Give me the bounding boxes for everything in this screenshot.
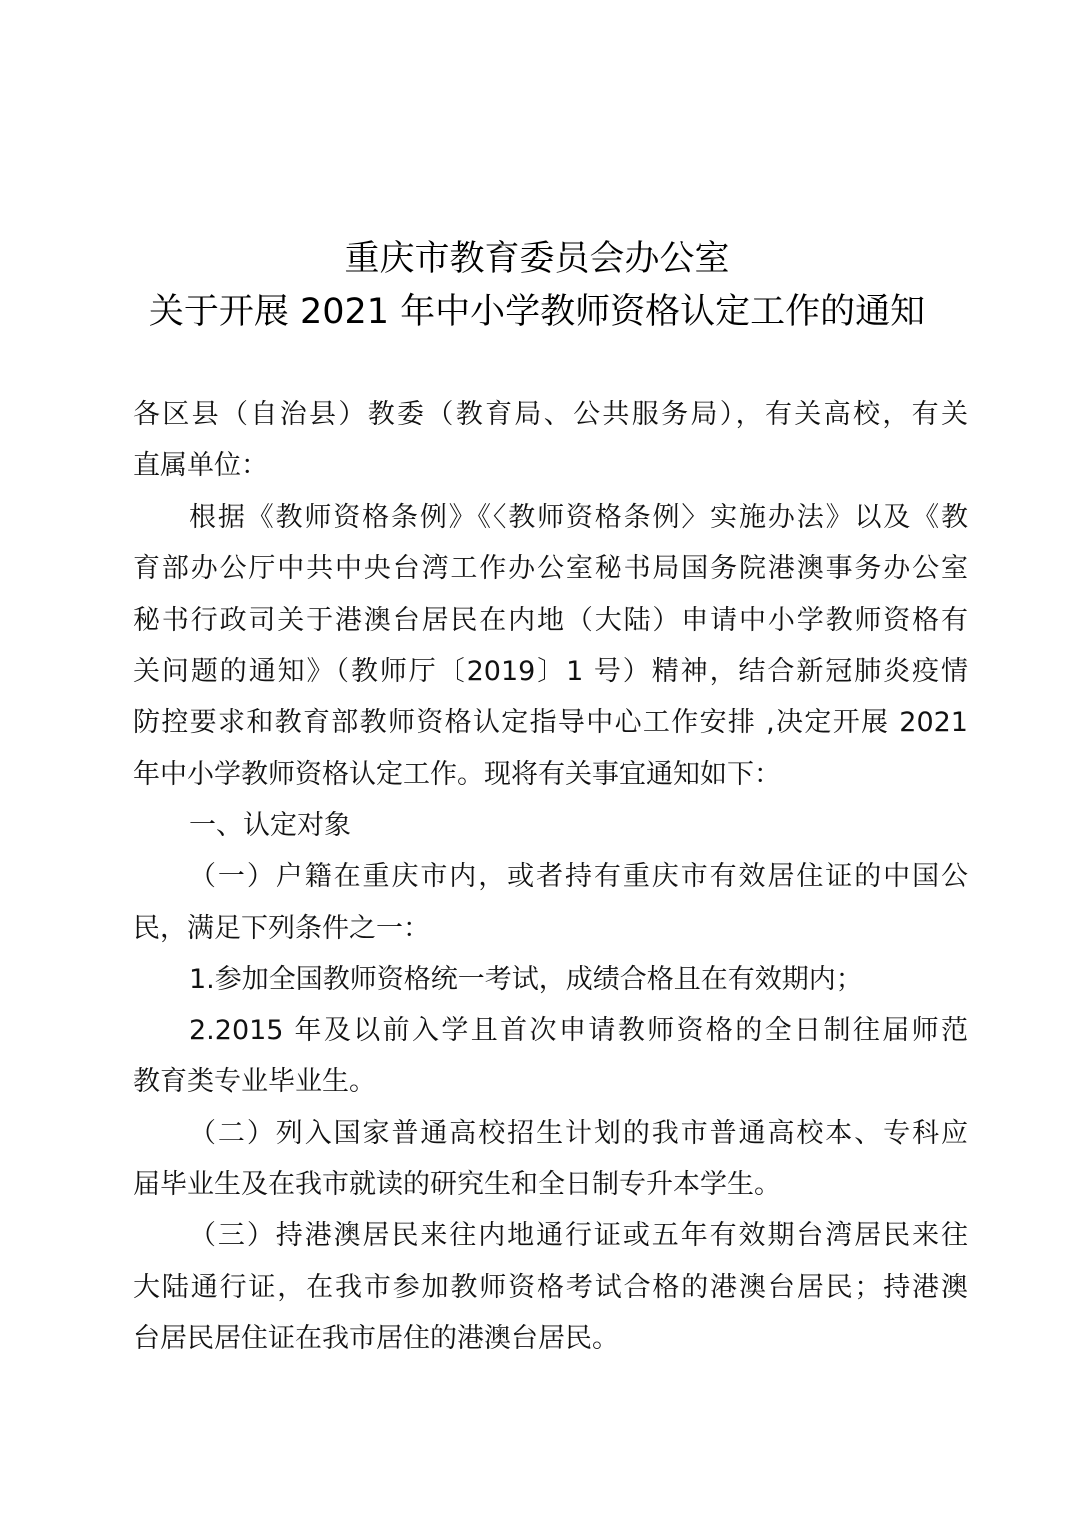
body-line: 年中小学教师资格认定工作。现将有关事宜通知如下： [133,757,781,793]
body-line: 关问题的通知》（教师厅〔2019〕1 号）精神，结合新冠肺炎疫情 [133,654,968,690]
body-line: 防控要求和教育部教师资格认定指导中心工作安排 ,决定开展 2021 [133,705,968,741]
body-line: 届毕业生及在我市就读的研究生和全日制专升本学生。 [133,1167,781,1203]
list-item: 1.参加全国教师资格统一考试，成绩合格且在有效期内； [189,962,863,998]
body-line: （一）户籍在重庆市内，或者持有重庆市有效居住证的中国公 [189,859,968,895]
body-line: 大陆通行证，在我市参加教师资格考试合格的港澳台居民；持港澳 [133,1270,968,1306]
body-line: 秘书行政司关于港澳台居民在内地（大陆）申请中小学教师资格有 [133,603,968,639]
list-item: 教育类专业毕业生。 [133,1064,376,1100]
document-title-issuer: 重庆市教育委员会办公室 [0,237,1074,281]
body-line: （三）持港澳居民来往内地通行证或五年有效期台湾居民来往 [189,1218,968,1254]
body-line: 根据《教师资格条例》《〈教师资格条例〉实施办法》以及《教 [189,500,968,536]
body-line: 台居民居住证在我市居住的港澳台居民。 [133,1321,619,1357]
body-line: 育部办公厅中共中央台湾工作办公室秘书局国务院港澳事务办公室 [133,551,968,587]
section-heading: 一、认定对象 [189,808,351,844]
body-line: （二）列入国家普通高校招生计划的我市普通高校本、专科应 [189,1116,968,1152]
document-title-subject: 关于开展 2021 年中小学教师资格认定工作的通知 [0,290,1074,334]
body-line: 民，满足下列条件之一： [133,911,430,947]
list-item: 2.2015 年及以前入学且首次申请教师资格的全日制往届师范 [189,1013,968,1049]
addressee-line: 各区县（自治县）教委（教育局、公共服务局），有关高校，有关 [133,397,968,433]
addressee-line: 直属单位： [133,448,268,484]
